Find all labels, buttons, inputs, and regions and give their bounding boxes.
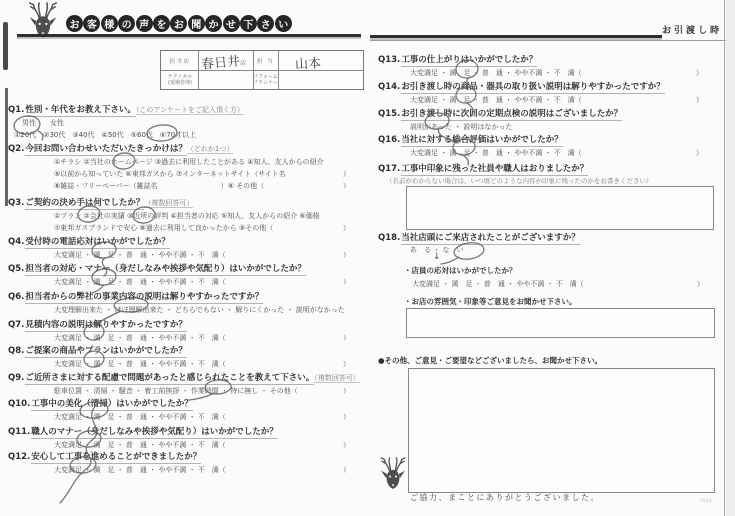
scan-edge-artifact: [5, 88, 8, 206]
question-title: 当社に対する総合評価はいかがでしたか？: [401, 135, 563, 147]
q18-sub2-title: ・お店の雰囲気・印象等ご意見をお聞かせ下さい。: [404, 296, 577, 307]
page-edge-line: [724, 0, 725, 516]
title-character-circle: 声: [136, 15, 153, 32]
question-title: 工事中の美化（清掃）はいかがでしたか？: [31, 399, 193, 411]
close-paren: ）: [343, 464, 350, 476]
title-character-circle: お: [66, 15, 83, 32]
question-number: Q4.: [8, 237, 24, 247]
question-title: 見積内容の説明は解りやすかったですか？: [25, 320, 187, 332]
question-title: 工事中印象に残った社員や職人はおりましたか？: [401, 164, 588, 176]
handover-rule-thin: [370, 40, 727, 41]
q18-comment-box: [406, 308, 715, 338]
title-character-circle: の: [118, 15, 135, 32]
option-text: 大変満足 ・ 満 足 ・ 普 通 ・ やや不満 ・ 不 満（: [54, 413, 226, 421]
title-character-circle: 下: [240, 15, 257, 32]
other-comments-title: ●その他、ご意見・ご要望などございましたら、お聞かせ下さい。: [378, 355, 715, 366]
question-block-15: Q15.お引き渡し時に次回の定期点検の説明はございましたか？説明があった ・ 説…: [378, 108, 703, 133]
question-title: 性別・年代をお教え下さい。: [25, 105, 136, 117]
question-number: Q2.: [8, 144, 24, 154]
question-title: お引き渡し時の商品・器具の取り扱い説明は解りやすかったですか？: [401, 82, 665, 94]
question-heading: Q9.ご近所さまに対する配慮で問題があったと感じられたことを教えて下さい。（複数…: [8, 372, 350, 385]
option-text: 駐車位置 ・ 清掃 ・ 騒音 ・ 着工前挨拶 ・ 作業時間 ・ 特に無し ・ そ…: [54, 387, 298, 395]
option-text: ①20代 ②30代 ③40代 ④50代 ⑤60代 ⑥70才以上: [14, 131, 196, 139]
question-heading: Q15.お引き渡し時に次回の定期点検の説明はございましたか？: [378, 108, 703, 121]
question-note: （どれか1つ）: [187, 145, 233, 154]
question-block-4: Q4.受付時の電話応対はいかがでしたか？大変満足 ・ 満 足 ・ 普 通 ・ や…: [8, 236, 350, 261]
option-text: 大変満足 ・ 満 足 ・ 普 通 ・ やや不満 ・ 不 満（: [54, 334, 226, 342]
question-block-8: Q8.ご提案の商品やプランはいかがでしたか？大変満足 ・ 満 足 ・ 普 通 ・…: [8, 345, 350, 370]
option-text: 大変満足 ・ 満 足 ・ 普 通 ・ やや不満 ・ 不 満（: [410, 96, 582, 104]
question-block-1: Q1.性別・年代をお教え下さい。（このアンケートをご記入頂く方）男性 女性①20…: [8, 104, 350, 141]
deer-logo-icon: [24, 1, 62, 45]
option-line: 大変満足 ・ 満 足 ・ 普 通 ・ やや不満 ・ 不 満（）: [8, 411, 350, 423]
option-line: 大変理解出来た ・ ほぼ理解出来た ・ どちらでもない ・ 解りにくかった ・ …: [8, 304, 350, 316]
option-line: 大変満足 ・ 満 足 ・ 普 通 ・ やや不満 ・ 不 満（）: [8, 464, 350, 476]
option-line: 説明があった ・ 説明はなかった: [378, 121, 703, 133]
section-label-handover: お引渡し時: [662, 23, 722, 36]
option-line: 大変満足 ・ 満 足 ・ 普 通 ・ やや不満 ・ 不 満（）: [8, 439, 350, 451]
option-line: 大変満足 ・ 満 足 ・ 普 通 ・ やや不満 ・ 不 満（）: [8, 249, 350, 261]
question-heading: Q4.受付時の電話応対はいかがでしたか？: [8, 236, 350, 249]
question-number: Q14.: [378, 82, 400, 92]
option-text: 大変満足 ・ 満 足 ・ 普 通 ・ やや不満 ・ 不 満（: [54, 441, 226, 449]
close-paren: ）: [343, 249, 350, 261]
question-block-13: Q13.工事の仕上がりはいかがでしたか？大変満足 ・ 満 足 ・ 普 通 ・ や…: [378, 54, 703, 79]
title-character-circle: い: [275, 15, 292, 32]
close-paren: ）: [343, 332, 350, 344]
option-line: 大変満足 ・ 満 足 ・ 普 通 ・ やや不満 ・ 不 満（）: [8, 332, 350, 344]
question-number: Q7.: [8, 320, 24, 330]
title-character-circle: 聞: [188, 15, 205, 32]
question-heading: Q12.安心して工事を進めることができましたか？: [8, 451, 350, 464]
option-line: ①チラシ ②当社のホームページ ③過去に利用したことがある ④知人、友人からの紹…: [8, 156, 350, 168]
question-number: Q12.: [8, 452, 30, 462]
option-line: 大変満足 ・ 満 足 ・ 普 通 ・ やや不満 ・ 不 満（）: [378, 94, 703, 106]
question-number: Q3.: [8, 198, 24, 208]
question-heading: Q16.当社に対する総合評価はいかがでしたか？: [378, 134, 703, 147]
option-text: 大変満足 ・ 満 足 ・ 普 通 ・ やや不満 ・ 不 満（: [410, 149, 582, 157]
option-line: ⑤以前から知っていた ⑥東邦ガスから ⑦インターネットサイト（サイト名）: [8, 168, 350, 180]
person-label: 担 当: [253, 57, 278, 65]
question-heading: Q8.ご提案の商品やプランはいかがでしたか？: [8, 345, 350, 358]
question-heading: Q2.今回お問い合わせいただいたきっかけは？（どれか1つ）: [8, 143, 350, 156]
question-block-6: Q6.担当者からの弊社の事業内容の説明は解りやすかったですか？大変理解出来た ・…: [8, 291, 350, 316]
question-block-9: Q9.ご近所さまに対する配慮で問題があったと感じられたことを教えて下さい。（複数…: [8, 372, 350, 397]
deer-logo-icon: [376, 455, 410, 497]
option-text: 大変満足 ・ 満 足 ・ 普 通 ・ やや不満 ・ 不 満（: [54, 360, 226, 368]
question-title: 工事の仕上がりはいかがでしたか？: [401, 55, 537, 67]
question-note: （複数回答可）: [144, 199, 193, 208]
question-title: 担当者の対応・マナー（身だしなみや挨拶や気配り）はいかがでしたか？: [25, 264, 306, 276]
option-text: 大変満足 ・ 満 足 ・ 普 通 ・ やや不満 ・ 不 満（: [54, 251, 226, 259]
question-block-18: Q18.当社店頭にご来店されたことがございますか？ あ る ・ な い ↓ ・店…: [378, 232, 715, 342]
title-character-circle: さ: [257, 15, 274, 32]
question-number: Q16.: [378, 135, 400, 145]
closing-thanks: ご協力、まことにありがとうございました。: [410, 492, 600, 503]
question-block-12: Q12.安心して工事を進めることができましたか？大変満足 ・ 満 足 ・ 普 通…: [8, 451, 350, 476]
title-character-circle: お: [170, 15, 187, 32]
option-line: 駐車位置 ・ 清掃 ・ 騒音 ・ 着工前挨拶 ・ 作業時間 ・ 特に無し ・ そ…: [8, 385, 350, 397]
question-heading: Q13.工事の仕上がりはいかがでしたか？: [378, 54, 703, 67]
option-line: ⑦東邦ガスブランドで安心 ⑧過去に利用して良かったから ⑨その他（）: [8, 222, 350, 234]
question-title: ご契約の決め手は何でしたか？: [25, 198, 144, 210]
left-page: お客様の声をお聞かせ下さい 担当店 店 担 当 テクニカル (現場管理) リフォ…: [0, 0, 368, 516]
question-heading: Q3.ご契約の決め手は何でしたか？（複数回答可）: [8, 197, 350, 210]
close-paren: ）: [697, 278, 704, 290]
option-text: ①チラシ ②当社のホームページ ③過去に利用したことがある ④知人、友人からの紹…: [54, 158, 324, 166]
question-number: Q10.: [8, 399, 30, 409]
other-comments-block: ●その他、ご意見・ご要望などございましたら、お聞かせ下さい。: [378, 355, 715, 366]
question-note: （このアンケートをご記入頂く方）: [136, 106, 244, 115]
question-title: 担当者からの弊社の事業内容の説明は解りやすかったですか？: [25, 292, 263, 304]
title-character-circle: を: [153, 15, 170, 32]
question-number: Q13.: [378, 55, 400, 65]
page-title: お客様の声をお聞かせ下さい: [66, 15, 292, 32]
question-heading: Q5.担当者の対応・マナー（身だしなみや挨拶や気配り）はいかがでしたか？: [8, 263, 350, 276]
close-paren: ）: [343, 385, 350, 397]
option-text: 説明があった ・ 説明はなかった: [410, 123, 512, 131]
question-number: Q17.: [378, 164, 400, 174]
question-heading: Q7.見積内容の説明は解りやすかったですか？: [8, 319, 350, 332]
technical-label-line2: (現場管理): [162, 80, 198, 86]
page-edge-margin: [726, 0, 735, 516]
right-page: お引渡し時 Q13.工事の仕上がりはいかがでしたか？大変満足 ・ 満 足 ・ 普…: [368, 0, 728, 516]
close-paren: ）: [696, 147, 703, 159]
branch-label: 担当店: [163, 57, 197, 65]
title-character-circle: 様: [101, 15, 118, 32]
option-text: ①プラン ②会社の実績 ③近所の評判 ④担当者の対応 ⑤知人、友人からの紹介 ⑥…: [54, 212, 320, 220]
question-number: Q15.: [378, 109, 400, 119]
option-text: 大変満足 ・ 満 足 ・ 普 通 ・ やや不満 ・ 不 満（: [54, 466, 226, 474]
question-block-17: Q17.工事中印象に残った社員や職人はおりましたか？ （名前がわからない場合は、…: [378, 163, 715, 186]
question-title: 今回お問い合わせいただいたきっかけは？: [25, 144, 187, 156]
option-text: 大変理解出来た ・ ほぼ理解出来た ・ どちらでもない ・ 解りにくかった ・ …: [54, 306, 345, 314]
question-heading: Q1.性別・年代をお教え下さい。（このアンケートをご記入頂く方）: [8, 104, 350, 117]
survey-sheet: お客様の声をお聞かせ下さい 担当店 店 担 当 テクニカル (現場管理) リフォ…: [0, 0, 735, 516]
option-text: 大変満足 ・ 満 足 ・ 普 通 ・ やや不満 ・ 不 満（: [410, 69, 582, 77]
close-paren: ）: [343, 180, 350, 192]
option-line: 大変満足 ・ 満 足 ・ 普 通 ・ やや不満 ・ 不 満（）: [8, 358, 350, 370]
question-title: ご近所さまに対する配慮で問題があったと感じられたことを教えて下さい。: [25, 373, 314, 385]
question-number: Q6.: [8, 292, 24, 302]
question-title: 当社店頭にご来店されたことがございますか？: [401, 233, 580, 245]
question-number: Q1.: [8, 105, 24, 115]
question-number: Q8.: [8, 346, 24, 356]
option-line: 大変満足 ・ 満 足 ・ 普 通 ・ やや不満 ・ 不 満（）: [378, 67, 703, 79]
question-number: Q11.: [8, 427, 30, 437]
question-heading: Q10.工事中の美化（清掃）はいかがでしたか？: [8, 398, 350, 411]
question-title: 安心して工事を進めることができましたか？: [31, 452, 201, 464]
question-block-11: Q11.職人のマナー（身だしなみや挨拶や気配り）はいかがでしたか？大変満足 ・ …: [8, 426, 350, 451]
question-block-7: Q7.見積内容の説明は解りやすかったですか？大変満足 ・ 満 足 ・ 普 通 ・…: [8, 319, 350, 344]
title-character-circle: か: [205, 15, 222, 32]
handwritten-person-name: 山本: [295, 52, 322, 72]
handover-rule: [370, 35, 662, 38]
question-number: Q5.: [8, 264, 24, 274]
close-paren: ）: [343, 439, 350, 451]
option-text: 大変満足 ・ 満 足 ・ 普 通 ・ やや不満 ・ 不 満（: [54, 278, 226, 286]
scan-edge-artifact: [3, 22, 8, 70]
option-line: ①20代 ②30代 ③40代 ④50代 ⑤60代 ⑥70才以上: [8, 129, 350, 141]
question-block-3: Q3.ご契約の決め手は何でしたか？（複数回答可）①プラン ②会社の実績 ③近所の…: [8, 197, 350, 234]
question-number: Q9.: [8, 373, 24, 383]
option-text: 男性 女性: [22, 119, 64, 127]
q18-sub1-scale: 大変満足 ・ 満 足 ・ 普 通 ・ やや不満 ・ 不 満（: [412, 280, 584, 288]
question-block-10: Q10.工事中の美化（清掃）はいかがでしたか？大変満足 ・ 満 足 ・ 普 通 …: [8, 398, 350, 423]
option-line: 大変満足 ・ 満 足 ・ 普 通 ・ やや不満 ・ 不 満（）: [8, 276, 350, 288]
title-character-circle: 客: [83, 15, 100, 32]
question-block-14: Q14.お引き渡し時の商品・器具の取り扱い説明は解りやすかったですか？大変満足 …: [378, 81, 703, 106]
q18-sub1-title: ・店員の応対はいかがでしたか？: [404, 265, 517, 276]
question-heading: Q14.お引き渡し時の商品・器具の取り扱い説明は解りやすかったですか？: [378, 81, 703, 94]
close-paren: ）: [343, 276, 350, 288]
down-arrow-icon: ↓: [433, 252, 441, 262]
question-title: ご提案の商品やプランはいかがでしたか？: [25, 346, 187, 358]
close-paren: ）: [343, 168, 350, 180]
planner-label-line2: プランナー: [253, 80, 278, 86]
question-note: （名前がわからない場合は、いつ頃どのような内容が印象に残ったのかをお書きください…: [378, 176, 715, 186]
close-paren: ）: [696, 67, 703, 79]
option-line: 大変満足 ・ 満 足 ・ 普 通 ・ やや不満 ・ 不 満（）: [378, 147, 703, 159]
title-character-circle: せ: [223, 15, 240, 32]
staff-table: 担当店 店 担 当 テクニカル (現場管理) リフォーム プランナー 春日井 山…: [160, 50, 364, 90]
question-block-5: Q5.担当者の対応・マナー（身だしなみや挨拶や気配り）はいかがでしたか？大変満足…: [8, 263, 350, 288]
question-number: Q18.: [378, 233, 400, 243]
q17-comment-box: [406, 186, 714, 230]
form-code: 1604: [700, 499, 711, 504]
question-note: （複数回答可）: [314, 374, 360, 383]
close-paren: ）: [343, 411, 350, 423]
option-text: ⑧雑誌・フリーペーパー（雑誌名 ）⑨ その他（: [54, 182, 264, 190]
handwritten-branch-name: 春日井: [200, 50, 241, 72]
other-comments-box: [408, 368, 715, 493]
question-heading: Q6.担当者からの弊社の事業内容の説明は解りやすかったですか？: [8, 291, 350, 304]
option-line: ⑧雑誌・フリーペーパー（雑誌名 ）⑨ その他（）: [8, 180, 350, 192]
close-paren: ）: [343, 358, 350, 370]
close-paren: ）: [696, 94, 703, 106]
option-line: ①プラン ②会社の実績 ③近所の評判 ④担当者の対応 ⑤知人、友人からの紹介 ⑥…: [8, 210, 350, 222]
question-heading: Q11.職人のマナー（身だしなみや挨拶や気配り）はいかがでしたか？: [8, 426, 350, 439]
option-line: 男性 女性: [8, 117, 350, 129]
option-text: ⑤以前から知っていた ⑥東邦ガスから ⑦インターネットサイト（サイト名: [54, 170, 286, 178]
question-title: 受付時の電話応対はいかがでしたか？: [25, 237, 170, 249]
option-text: ⑦東邦ガスブランドで安心 ⑧過去に利用して良かったから ⑨その他（: [54, 224, 273, 232]
close-paren: ）: [343, 222, 350, 234]
question-title: 職人のマナー（身だしなみや挨拶や気配り）はいかがでしたか？: [31, 427, 278, 439]
branch-suffix: 店: [240, 58, 246, 67]
question-title: お引き渡し時に次回の定期点検の説明はございましたか？: [401, 109, 622, 121]
title-underline: [17, 34, 361, 37]
question-block-16: Q16.当社に対する総合評価はいかがでしたか？大変満足 ・ 満 足 ・ 普 通 …: [378, 134, 703, 159]
question-block-2: Q2.今回お問い合わせいただいたきっかけは？（どれか1つ）①チラシ ②当社のホー…: [8, 143, 350, 192]
